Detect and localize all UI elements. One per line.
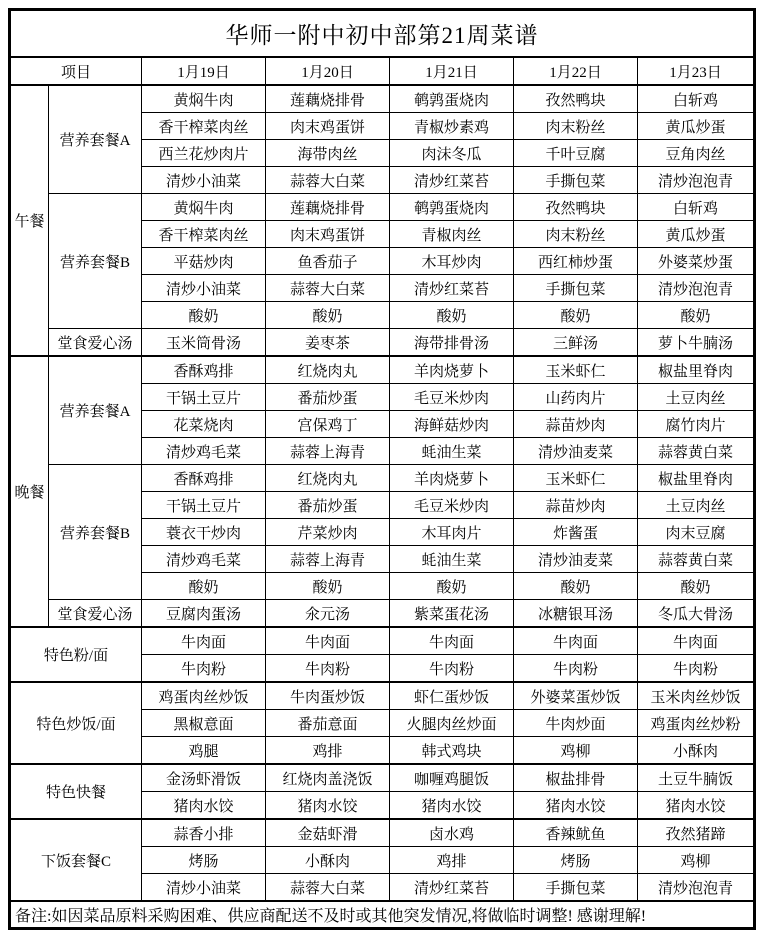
notes-row: 备注:如因菜品原料采购困难、供应商配送不及时或其他突发情况,将做临时调整! 感谢…: [10, 901, 755, 929]
dish-cell: 火腿肉丝炒面: [390, 710, 514, 737]
dish-cell: 蒜蓉黄白菜: [638, 438, 755, 465]
dish-cell: 烤肠: [514, 847, 638, 874]
page-title: 华师一附中初中部第21周菜谱: [10, 10, 755, 58]
dish-cell: 青椒炒素鸡: [390, 113, 514, 140]
dish-cell: 清炒泡泡青: [638, 275, 755, 302]
dish-cell: 小酥肉: [266, 847, 390, 874]
group-label: 特色快餐: [10, 764, 142, 819]
dish-cell: 外婆菜蛋炒饭: [514, 682, 638, 710]
menu-row: 特色粉/面牛肉面牛肉面牛肉面牛肉面牛肉面: [10, 627, 755, 655]
dish-cell: 红烧肉丸: [266, 465, 390, 492]
dish-cell: 外婆菜炒蛋: [638, 248, 755, 275]
dish-cell: 冬瓜大骨汤: [638, 600, 755, 628]
notes-text: 备注:如因菜品原料采购困难、供应商配送不及时或其他突发情况,将做临时调整! 感谢…: [10, 901, 755, 929]
dish-cell: 氽元汤: [266, 600, 390, 628]
dish-cell: 炸酱蛋: [514, 519, 638, 546]
menu-row: 营养套餐B香酥鸡排红烧肉丸羊肉烧萝卜玉米虾仁椒盐里脊肉: [10, 465, 755, 492]
dish-cell: 肉末粉丝: [514, 113, 638, 140]
dish-cell: 鸡排: [266, 737, 390, 765]
dish-cell: 蓑衣干炒肉: [142, 519, 266, 546]
dish-cell: 猪肉水饺: [638, 792, 755, 820]
meal-label: 午餐: [10, 85, 49, 356]
dish-cell: 鹌鹑蛋烧肉: [390, 194, 514, 221]
column-header-date-1: 1月19日: [142, 57, 266, 85]
dish-cell: 清炒红菜苔: [390, 874, 514, 902]
dish-cell: 肉末鸡蛋饼: [266, 113, 390, 140]
dish-cell: 椒盐排骨: [514, 764, 638, 792]
dish-cell: 蒜蓉黄白菜: [638, 546, 755, 573]
dish-cell: 牛肉面: [142, 627, 266, 655]
dish-cell: 海带肉丝: [266, 140, 390, 167]
dish-cell: 酸奶: [266, 573, 390, 600]
column-header-item: 项目: [10, 57, 142, 85]
menu-row: 特色炒饭/面鸡蛋肉丝炒饭牛肉蛋炒饭虾仁蛋炒饭外婆菜蛋炒饭玉米肉丝炒饭: [10, 682, 755, 710]
dish-cell: 三鲜汤: [514, 329, 638, 357]
dish-cell: 干锅土豆片: [142, 492, 266, 519]
dish-cell: 酸奶: [390, 573, 514, 600]
dish-cell: 土豆牛腩饭: [638, 764, 755, 792]
column-header-date-2: 1月20日: [266, 57, 390, 85]
dish-cell: 青椒肉丝: [390, 221, 514, 248]
dish-cell: 虾仁蛋炒饭: [390, 682, 514, 710]
dish-cell: 蒜蓉大白菜: [266, 874, 390, 902]
dish-cell: 鸡柳: [638, 847, 755, 874]
dish-cell: 姜枣茶: [266, 329, 390, 357]
dish-cell: 酸奶: [514, 302, 638, 329]
meal-label: 晚餐: [10, 356, 49, 627]
dish-cell: 牛肉蛋炒饭: [266, 682, 390, 710]
dish-cell: 红烧肉盖浇饭: [266, 764, 390, 792]
column-header-date-4: 1月22日: [514, 57, 638, 85]
dish-cell: 莲藕烧排骨: [266, 85, 390, 113]
dish-cell: 肉末粉丝: [514, 221, 638, 248]
dish-cell: 黄瓜炒蛋: [638, 221, 755, 248]
dish-cell: 手撕包菜: [514, 275, 638, 302]
dish-cell: 鸡排: [390, 847, 514, 874]
dish-cell: 酸奶: [266, 302, 390, 329]
dish-cell: 卤水鸡: [390, 819, 514, 847]
dish-cell: 牛肉粉: [142, 655, 266, 683]
dish-cell: 酸奶: [142, 573, 266, 600]
dish-cell: 香干榨菜肉丝: [142, 113, 266, 140]
dish-cell: 咖喱鸡腿饭: [390, 764, 514, 792]
group-label: 特色炒饭/面: [10, 682, 142, 764]
dish-cell: 蒜香小排: [142, 819, 266, 847]
dish-cell: 番茄意面: [266, 710, 390, 737]
dish-cell: 千叶豆腐: [514, 140, 638, 167]
dish-cell: 毛豆米炒肉: [390, 384, 514, 411]
menu-row: 晚餐营养套餐A香酥鸡排红烧肉丸羊肉烧萝卜玉米虾仁椒盐里脊肉: [10, 356, 755, 384]
dish-cell: 黄焖牛肉: [142, 85, 266, 113]
dish-cell: 毛豆米炒肉: [390, 492, 514, 519]
dish-cell: 清炒小油菜: [142, 874, 266, 902]
dish-cell: 香辣鱿鱼: [514, 819, 638, 847]
dish-cell: 清炒小油菜: [142, 275, 266, 302]
dish-cell: 清炒油麦菜: [514, 438, 638, 465]
dish-cell: 韩式鸡块: [390, 737, 514, 765]
header-row: 项目1月19日1月20日1月21日1月22日1月23日: [10, 57, 755, 85]
dish-cell: 清炒油麦菜: [514, 546, 638, 573]
dish-cell: 香酥鸡排: [142, 465, 266, 492]
dish-cell: 萝卜牛腩汤: [638, 329, 755, 357]
column-header-date-3: 1月21日: [390, 57, 514, 85]
dish-cell: 木耳肉片: [390, 519, 514, 546]
dish-cell: 肉末鸡蛋饼: [266, 221, 390, 248]
dish-cell: 木耳炒肉: [390, 248, 514, 275]
dish-cell: 肉沫冬瓜: [390, 140, 514, 167]
dish-cell: 猪肉水饺: [514, 792, 638, 820]
dish-cell: 酸奶: [142, 302, 266, 329]
dish-cell: 紫菜蛋花汤: [390, 600, 514, 628]
group-label: 营养套餐B: [49, 194, 142, 329]
dish-cell: 小酥肉: [638, 737, 755, 765]
dish-cell: 椒盐里脊肉: [638, 356, 755, 384]
dish-cell: 孜然鸭块: [514, 194, 638, 221]
menu-row: 堂食爱心汤玉米筒骨汤姜枣茶海带排骨汤三鲜汤萝卜牛腩汤: [10, 329, 755, 357]
dish-cell: 西红柿炒蛋: [514, 248, 638, 275]
menu-row: 营养套餐B黄焖牛肉莲藕烧排骨鹌鹑蛋烧肉孜然鸭块白斩鸡: [10, 194, 755, 221]
dish-cell: 玉米虾仁: [514, 465, 638, 492]
dish-cell: 清炒泡泡青: [638, 167, 755, 194]
dish-cell: 牛肉粉: [390, 655, 514, 683]
dish-cell: 孜然鸭块: [514, 85, 638, 113]
dish-cell: 香干榨菜肉丝: [142, 221, 266, 248]
dish-cell: 酸奶: [390, 302, 514, 329]
menu-row: 堂食爱心汤豆腐肉蛋汤氽元汤紫菜蛋花汤冰糖银耳汤冬瓜大骨汤: [10, 600, 755, 628]
group-label: 营养套餐A: [49, 85, 142, 194]
dish-cell: 酸奶: [514, 573, 638, 600]
dish-cell: 土豆肉丝: [638, 492, 755, 519]
dish-cell: 手撕包菜: [514, 874, 638, 902]
dish-cell: 蚝油生菜: [390, 438, 514, 465]
group-label: 堂食爱心汤: [49, 329, 142, 357]
dish-cell: 牛肉粉: [514, 655, 638, 683]
dish-cell: 牛肉面: [266, 627, 390, 655]
dish-cell: 烤肠: [142, 847, 266, 874]
dish-cell: 番茄炒蛋: [266, 384, 390, 411]
dish-cell: 干锅土豆片: [142, 384, 266, 411]
dish-cell: 清炒鸡毛菜: [142, 438, 266, 465]
dish-cell: 黄瓜炒蛋: [638, 113, 755, 140]
dish-cell: 海鲜菇炒肉: [390, 411, 514, 438]
dish-cell: 孜然猪蹄: [638, 819, 755, 847]
dish-cell: 红烧肉丸: [266, 356, 390, 384]
dish-cell: 酸奶: [638, 573, 755, 600]
dish-cell: 猪肉水饺: [390, 792, 514, 820]
dish-cell: 清炒泡泡青: [638, 874, 755, 902]
dish-cell: 芹菜炒肉: [266, 519, 390, 546]
dish-cell: 豆角肉丝: [638, 140, 755, 167]
dish-cell: 鱼香茄子: [266, 248, 390, 275]
dish-cell: 山药肉片: [514, 384, 638, 411]
dish-cell: 蒜蓉大白菜: [266, 167, 390, 194]
menu-row: 特色快餐金汤虾滑饭红烧肉盖浇饭咖喱鸡腿饭椒盐排骨土豆牛腩饭: [10, 764, 755, 792]
dish-cell: 鸡柳: [514, 737, 638, 765]
menu-row: 下饭套餐C蒜香小排金菇虾滑卤水鸡香辣鱿鱼孜然猪蹄: [10, 819, 755, 847]
dish-cell: 玉米肉丝炒饭: [638, 682, 755, 710]
dish-cell: 手撕包菜: [514, 167, 638, 194]
dish-cell: 白斩鸡: [638, 194, 755, 221]
dish-cell: 清炒红菜苔: [390, 167, 514, 194]
dish-cell: 金汤虾滑饭: [142, 764, 266, 792]
dish-cell: 牛肉粉: [638, 655, 755, 683]
dish-cell: 清炒小油菜: [142, 167, 266, 194]
group-label: 营养套餐B: [49, 465, 142, 600]
dish-cell: 番茄炒蛋: [266, 492, 390, 519]
group-label: 堂食爱心汤: [49, 600, 142, 628]
dish-cell: 西兰花炒肉片: [142, 140, 266, 167]
dish-cell: 牛肉面: [514, 627, 638, 655]
dish-cell: 鸡腿: [142, 737, 266, 765]
dish-cell: 鹌鹑蛋烧肉: [390, 85, 514, 113]
dish-cell: 牛肉面: [390, 627, 514, 655]
dish-cell: 黑椒意面: [142, 710, 266, 737]
title-row: 华师一附中初中部第21周菜谱: [10, 10, 755, 58]
dish-cell: 玉米虾仁: [514, 356, 638, 384]
dish-cell: 椒盐里脊肉: [638, 465, 755, 492]
dish-cell: 腐竹肉片: [638, 411, 755, 438]
dish-cell: 豆腐肉蛋汤: [142, 600, 266, 628]
menu-table-body: 华师一附中初中部第21周菜谱 项目1月19日1月20日1月21日1月22日1月2…: [10, 10, 755, 929]
dish-cell: 蒜苗炒肉: [514, 411, 638, 438]
menu-row: 午餐营养套餐A黄焖牛肉莲藕烧排骨鹌鹑蛋烧肉孜然鸭块白斩鸡: [10, 85, 755, 113]
dish-cell: 牛肉粉: [266, 655, 390, 683]
dish-cell: 猪肉水饺: [266, 792, 390, 820]
dish-cell: 宫保鸡丁: [266, 411, 390, 438]
dish-cell: 冰糖银耳汤: [514, 600, 638, 628]
group-label: 特色粉/面: [10, 627, 142, 682]
menu-table: 华师一附中初中部第21周菜谱 项目1月19日1月20日1月21日1月22日1月2…: [8, 8, 756, 930]
group-label: 下饭套餐C: [10, 819, 142, 901]
dish-cell: 黄焖牛肉: [142, 194, 266, 221]
dish-cell: 白斩鸡: [638, 85, 755, 113]
dish-cell: 羊肉烧萝卜: [390, 356, 514, 384]
dish-cell: 猪肉水饺: [142, 792, 266, 820]
dish-cell: 牛肉面: [638, 627, 755, 655]
dish-cell: 玉米筒骨汤: [142, 329, 266, 357]
dish-cell: 蒜苗炒肉: [514, 492, 638, 519]
dish-cell: 鸡蛋肉丝炒粉: [638, 710, 755, 737]
column-header-date-5: 1月23日: [638, 57, 755, 85]
dish-cell: 羊肉烧萝卜: [390, 465, 514, 492]
dish-cell: 蒜蓉大白菜: [266, 275, 390, 302]
dish-cell: 土豆肉丝: [638, 384, 755, 411]
dish-cell: 莲藕烧排骨: [266, 194, 390, 221]
dish-cell: 平菇炒肉: [142, 248, 266, 275]
dish-cell: 清炒红菜苔: [390, 275, 514, 302]
dish-cell: 金菇虾滑: [266, 819, 390, 847]
dish-cell: 牛肉炒面: [514, 710, 638, 737]
dish-cell: 蒜蓉上海青: [266, 546, 390, 573]
dish-cell: 鸡蛋肉丝炒饭: [142, 682, 266, 710]
group-label: 营养套餐A: [49, 356, 142, 465]
dish-cell: 肉末豆腐: [638, 519, 755, 546]
dish-cell: 蚝油生菜: [390, 546, 514, 573]
dish-cell: 酸奶: [638, 302, 755, 329]
dish-cell: 清炒鸡毛菜: [142, 546, 266, 573]
dish-cell: 海带排骨汤: [390, 329, 514, 357]
dish-cell: 蒜蓉上海青: [266, 438, 390, 465]
dish-cell: 香酥鸡排: [142, 356, 266, 384]
dish-cell: 花菜烧肉: [142, 411, 266, 438]
